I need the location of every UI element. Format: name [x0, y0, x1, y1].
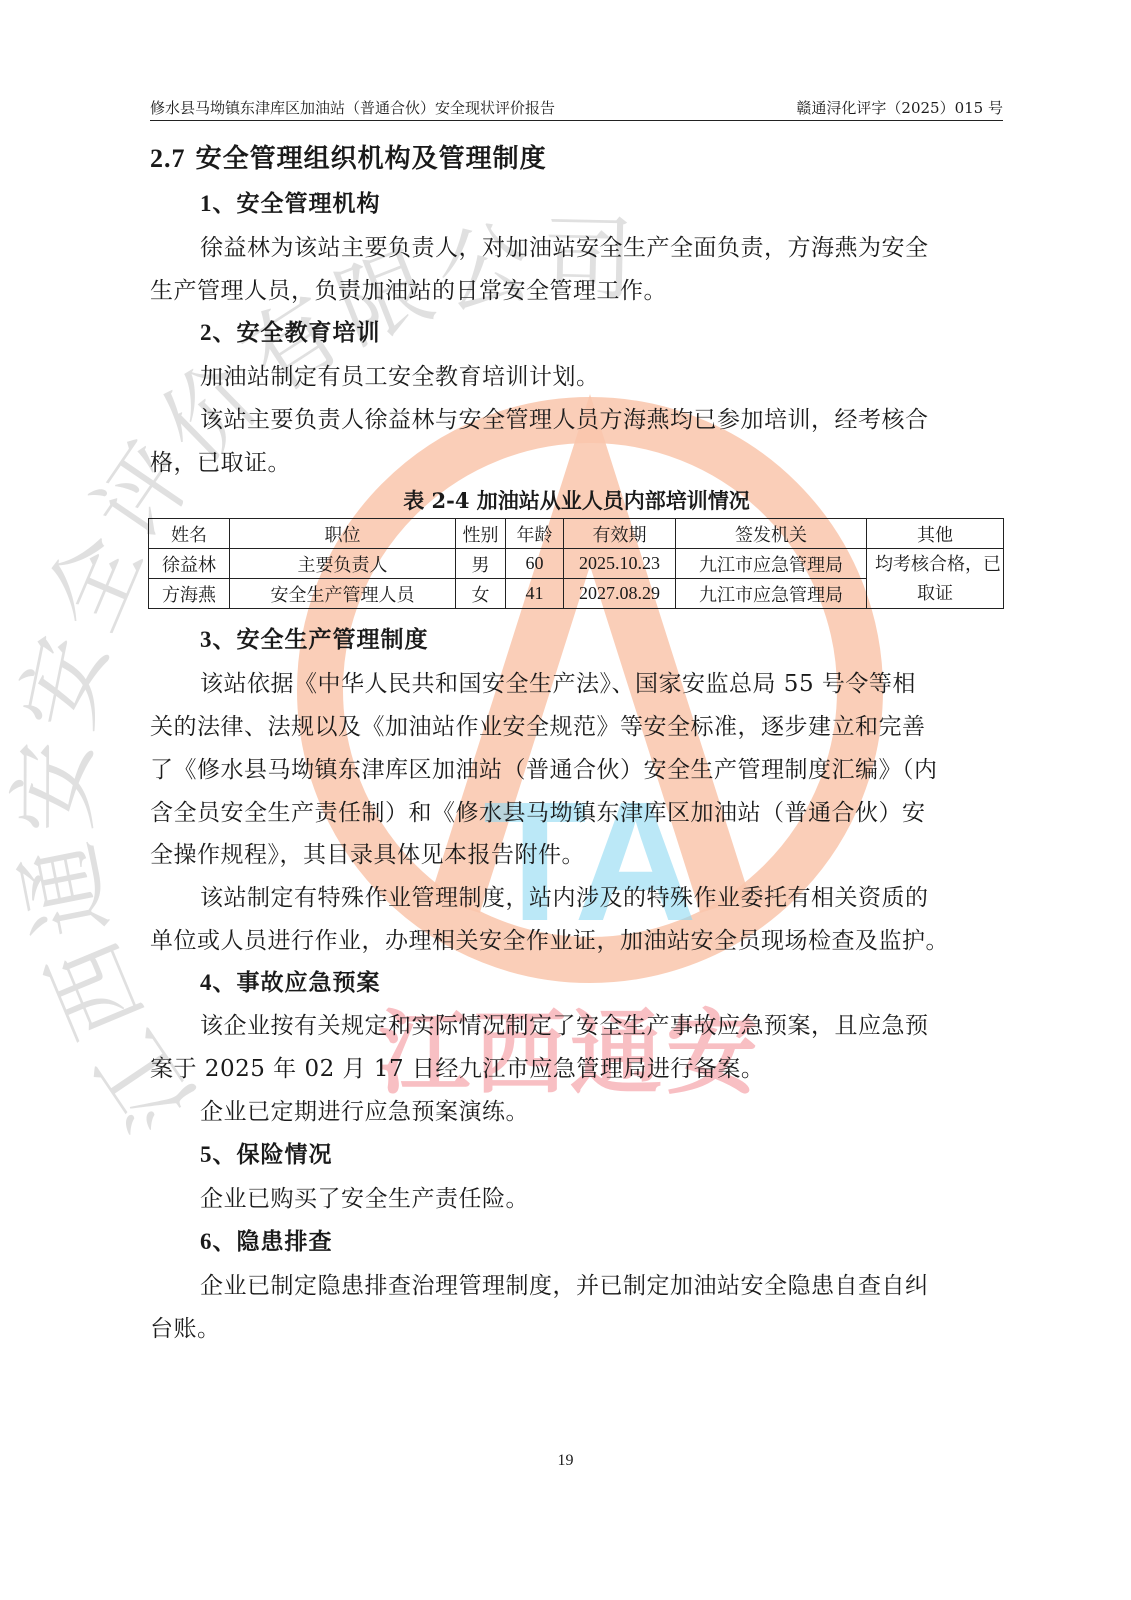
paragraph-line: 徐益林为该站主要负责人，对加油站安全生产全面负责，方海燕为安全 — [200, 229, 929, 262]
table-row: 徐益林 主要负责人 男 60 2025.10.23 九江市应急管理局 均考核合格… — [149, 549, 1004, 579]
document-page: TA 江西通安安全评价有限公司 江西通安 修水县马坳镇东津库区加油站（普通合伙）… — [0, 0, 1131, 1600]
section-heading: 2.7 安全管理组织机构及管理制度 — [150, 138, 547, 175]
paragraph-line: 了《修水县马坳镇东津库区加油站（普通合伙）安全生产管理制度汇编》（内 — [150, 751, 938, 784]
subsection-heading-3: 3、安全生产管理制度 — [200, 621, 429, 654]
header-report-title: 修水县马坳镇东津库区加油站（普通合伙）安全现状评价报告 — [150, 97, 555, 118]
column-header: 职位 — [230, 519, 456, 549]
training-table: 姓名 职位 性别 年龄 有效期 签发机关 其他 徐益林 主要负责人 男 60 2… — [148, 518, 1004, 609]
subsection-heading-4: 4、事故应急预案 — [200, 964, 381, 997]
subsection-heading-1: 1、安全管理机构 — [200, 185, 381, 218]
cell-issuer: 九江市应急管理局 — [676, 579, 867, 609]
cell-gender: 男 — [456, 549, 506, 579]
column-header: 有效期 — [564, 519, 676, 549]
column-header: 签发机关 — [676, 519, 867, 549]
paragraph-line: 企业已定期进行应急预案演练。 — [200, 1093, 529, 1126]
header-divider — [150, 120, 1003, 121]
paragraph-line: 企业已制定隐患排查治理管理制度，并已制定加油站安全隐患自查自纠 — [200, 1267, 929, 1300]
paragraph-line: 案于 2025 年 02 月 17 日经九江市应急管理局进行备案。 — [150, 1050, 764, 1083]
column-header: 其他 — [867, 519, 1004, 549]
cell-age: 41 — [506, 579, 564, 609]
paragraph-line: 台账。 — [150, 1310, 221, 1343]
paragraph-line: 生产管理人员，负责加油站的日常安全管理工作。 — [150, 272, 667, 305]
subsection-heading-2: 2、安全教育培训 — [200, 314, 381, 347]
paragraph-line: 该企业按有关规定和实际情况制定了安全生产事故应急预案，且应急预 — [200, 1007, 929, 1040]
paragraph-line: 加油站制定有员工安全教育培训计划。 — [200, 358, 600, 391]
page-number: 19 — [0, 1452, 1131, 1470]
paragraph-line: 单位或人员进行作业，办理相关安全作业证，加油站安全员现场检查及监护。 — [150, 922, 949, 955]
paragraph-line: 关的法律、法规以及《加油站作业安全规范》等安全标准，逐步建立和完善 — [150, 708, 926, 741]
section-number: 2.7 — [150, 144, 186, 173]
paragraph-line: 企业已购买了安全生产责任险。 — [200, 1180, 529, 1213]
table-header-row: 姓名 职位 性别 年龄 有效期 签发机关 其他 — [149, 519, 1004, 549]
running-header: 修水县马坳镇东津库区加油站（普通合伙）安全现状评价报告 赣通浔化评字（2025）… — [150, 97, 1003, 121]
paragraph-line: 该站依据《中华人民共和国安全生产法》、国家安监总局 55 号令等相 — [200, 665, 916, 698]
paragraph-line: 含全员安全生产责任制）和《修水县马坳镇东津库区加油站（普通合伙）安 — [150, 794, 926, 827]
header-document-number: 赣通浔化评字（2025）015 号 — [796, 97, 1003, 118]
cell-valid-until: 2025.10.23 — [564, 549, 676, 579]
column-header: 姓名 — [149, 519, 230, 549]
cell-name: 徐益林 — [149, 549, 230, 579]
cell-other-merged: 均考核合格，已 取证 — [867, 549, 1004, 609]
paragraph-line: 该站制定有特殊作业管理制度，站内涉及的特殊作业委托有相关资质的 — [200, 879, 929, 912]
cell-position: 主要负责人 — [230, 549, 456, 579]
subsection-heading-5: 5、保险情况 — [200, 1136, 333, 1169]
cell-name: 方海燕 — [149, 579, 230, 609]
subsection-heading-6: 6、隐患排查 — [200, 1223, 333, 1256]
cell-valid-until: 2027.08.29 — [564, 579, 676, 609]
section-title: 安全管理组织机构及管理制度 — [196, 144, 547, 174]
paragraph-line: 格，已取证。 — [150, 444, 291, 477]
cell-issuer: 九江市应急管理局 — [676, 549, 867, 579]
column-header: 年龄 — [506, 519, 564, 549]
paragraph-line: 该站主要负责人徐益林与安全管理人员方海燕均已参加培训，经考核合 — [200, 401, 929, 434]
cell-position: 安全生产管理人员 — [230, 579, 456, 609]
cell-gender: 女 — [456, 579, 506, 609]
paragraph-line: 全操作规程》，其目录具体见本报告附件。 — [150, 836, 585, 869]
table-caption: 表 2-4 加油站从业人员内部培训情况 — [150, 485, 1003, 515]
cell-age: 60 — [506, 549, 564, 579]
column-header: 性别 — [456, 519, 506, 549]
